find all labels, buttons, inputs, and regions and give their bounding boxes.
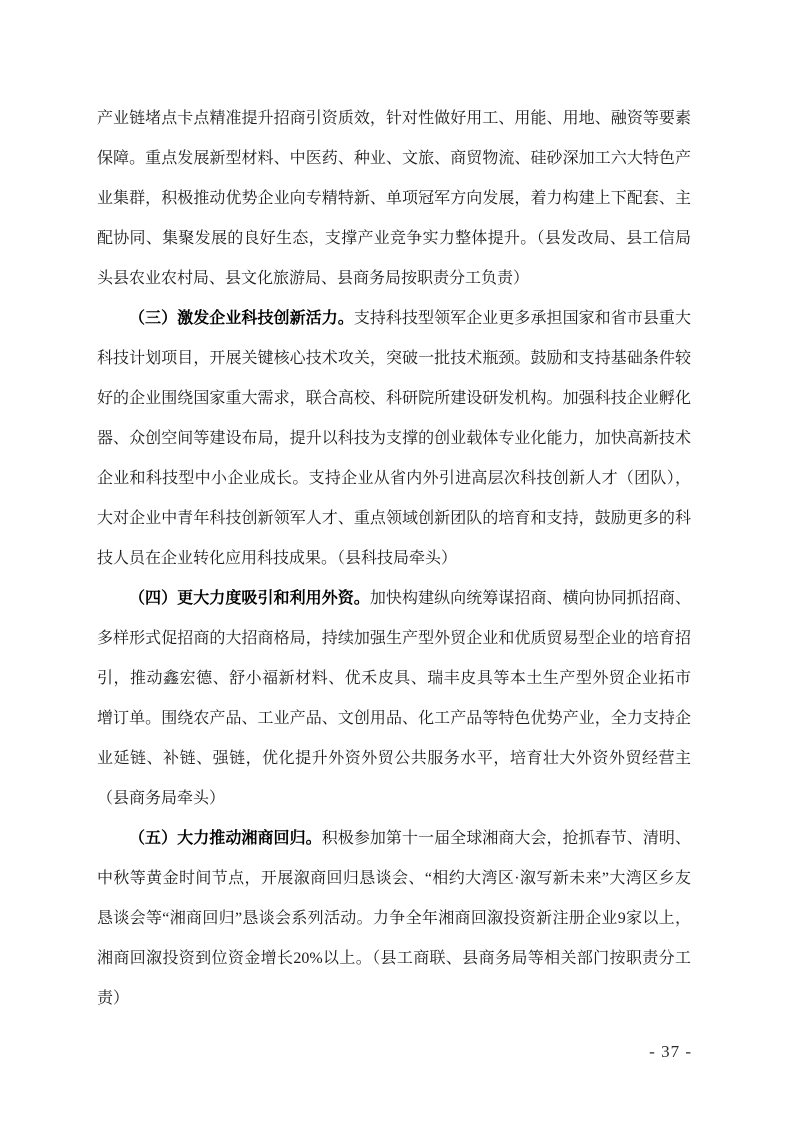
text-line: 产业链堵点卡点精准提升招商引资质效，针对性做好用工、用能、用地、融资等要素 <box>97 99 691 139</box>
text-segment: 加快构建纵向统筹谋招商、横向协同抓招商、 <box>370 590 691 607</box>
text-line: （三）激发企业科技创新活力。支持科技型领军企业更多承担国家和省市县重大 <box>97 299 691 339</box>
text-line: 器、众创空间等建设布局，提升以科技为支撑的创业载体专业化能力，加快高新技术 <box>97 419 691 459</box>
text-line: 配协同、集聚发展的良好生态，支撑产业竞争实力整体提升。（县发改局、县工信局牵 <box>97 219 691 259</box>
text-line: 增订单。围绕农产品、工业产品、文创用品、化工产品等特色优势产业，全力支持企 <box>97 699 691 739</box>
text-line: 大对企业中青年科技创新领军人才、重点领域创新团队的培育和支持，鼓励更多的科 <box>97 499 691 539</box>
text-segment: 积极参加第十一届全球湘商大会，抢抓春节、清明、 <box>322 830 691 847</box>
text-segment: 支持科技型领军企业更多承担国家和省市县重大 <box>354 310 691 327</box>
text-line: 多样形式促招商的大招商格局，持续加强生产型外贸企业和优质贸易型企业的培育招 <box>97 619 691 659</box>
section-heading-5: （五）大力推动湘商回归。 <box>129 830 322 847</box>
text-line: 科技计划项目，开展关键核心技术攻关，突破一批技术瓶颈。鼓励和支持基础条件较 <box>97 339 691 379</box>
section-heading-3: （三）激发企业科技创新活力。 <box>129 310 354 327</box>
text-line: （县商务局牵头） <box>97 779 691 819</box>
text-line: 技人员在企业转化应用科技成果。（县科技局牵头） <box>97 539 691 579</box>
text-line: 引，推动鑫宏德、舒小福新材料、优禾皮具、瑞丰皮具等本土生产型外贸企业拓市场、 <box>97 659 691 699</box>
text-line: （五）大力推动湘商回归。积极参加第十一届全球湘商大会，抢抓春节、清明、 <box>97 819 691 859</box>
text-line: 企业和科技型中小企业成长。支持企业从省内外引进高层次科技创新人才（团队），加 <box>97 459 691 499</box>
text-line: 好的企业围绕国家重大需求，联合高校、科研院所建设研发机构。加强科技企业孵化 <box>97 379 691 419</box>
page-content: 产业链堵点卡点精准提升招商引资质效，针对性做好用工、用能、用地、融资等要素 保障… <box>97 99 691 1019</box>
text-line: 恳谈会等“湘商回归”恳谈会系列活动。力争全年湘商回溆投资新注册企业9家以上， <box>97 899 691 939</box>
section-heading-4: （四）更大力度吸引和利用外资。 <box>129 590 370 607</box>
text-line: 头县农业农村局、县文化旅游局、县商务局按职责分工负责） <box>97 259 691 299</box>
text-line: 保障。重点发展新型材料、中医药、种业、文旅、商贸物流、硅砂深加工六大特色产 <box>97 139 691 179</box>
text-line: 中秋等黄金时间节点，开展溆商回归恳谈会、“相约大湾区·溆写新未来”大湾区乡友 <box>97 859 691 899</box>
text-line: 责） <box>97 979 691 1019</box>
text-line: （四）更大力度吸引和利用外资。加快构建纵向统筹谋招商、横向协同抓招商、 <box>97 579 691 619</box>
page-number: - 37 - <box>649 1040 692 1064</box>
text-line: 湘商回溆投资到位资金增长20%以上。（县工商联、县商务局等相关部门按职责分工负 <box>97 939 691 979</box>
text-line: 业延链、补链、强链，优化提升外资外贸公共服务水平，培育壮大外资外贸经营主体。 <box>97 739 691 779</box>
document-page: 产业链堵点卡点精准提升招商引资质效，针对性做好用工、用能、用地、融资等要素 保障… <box>0 0 793 1122</box>
text-line: 业集群，积极推动优势企业向专精特新、单项冠军方向发展，着力构建上下配套、主 <box>97 179 691 219</box>
